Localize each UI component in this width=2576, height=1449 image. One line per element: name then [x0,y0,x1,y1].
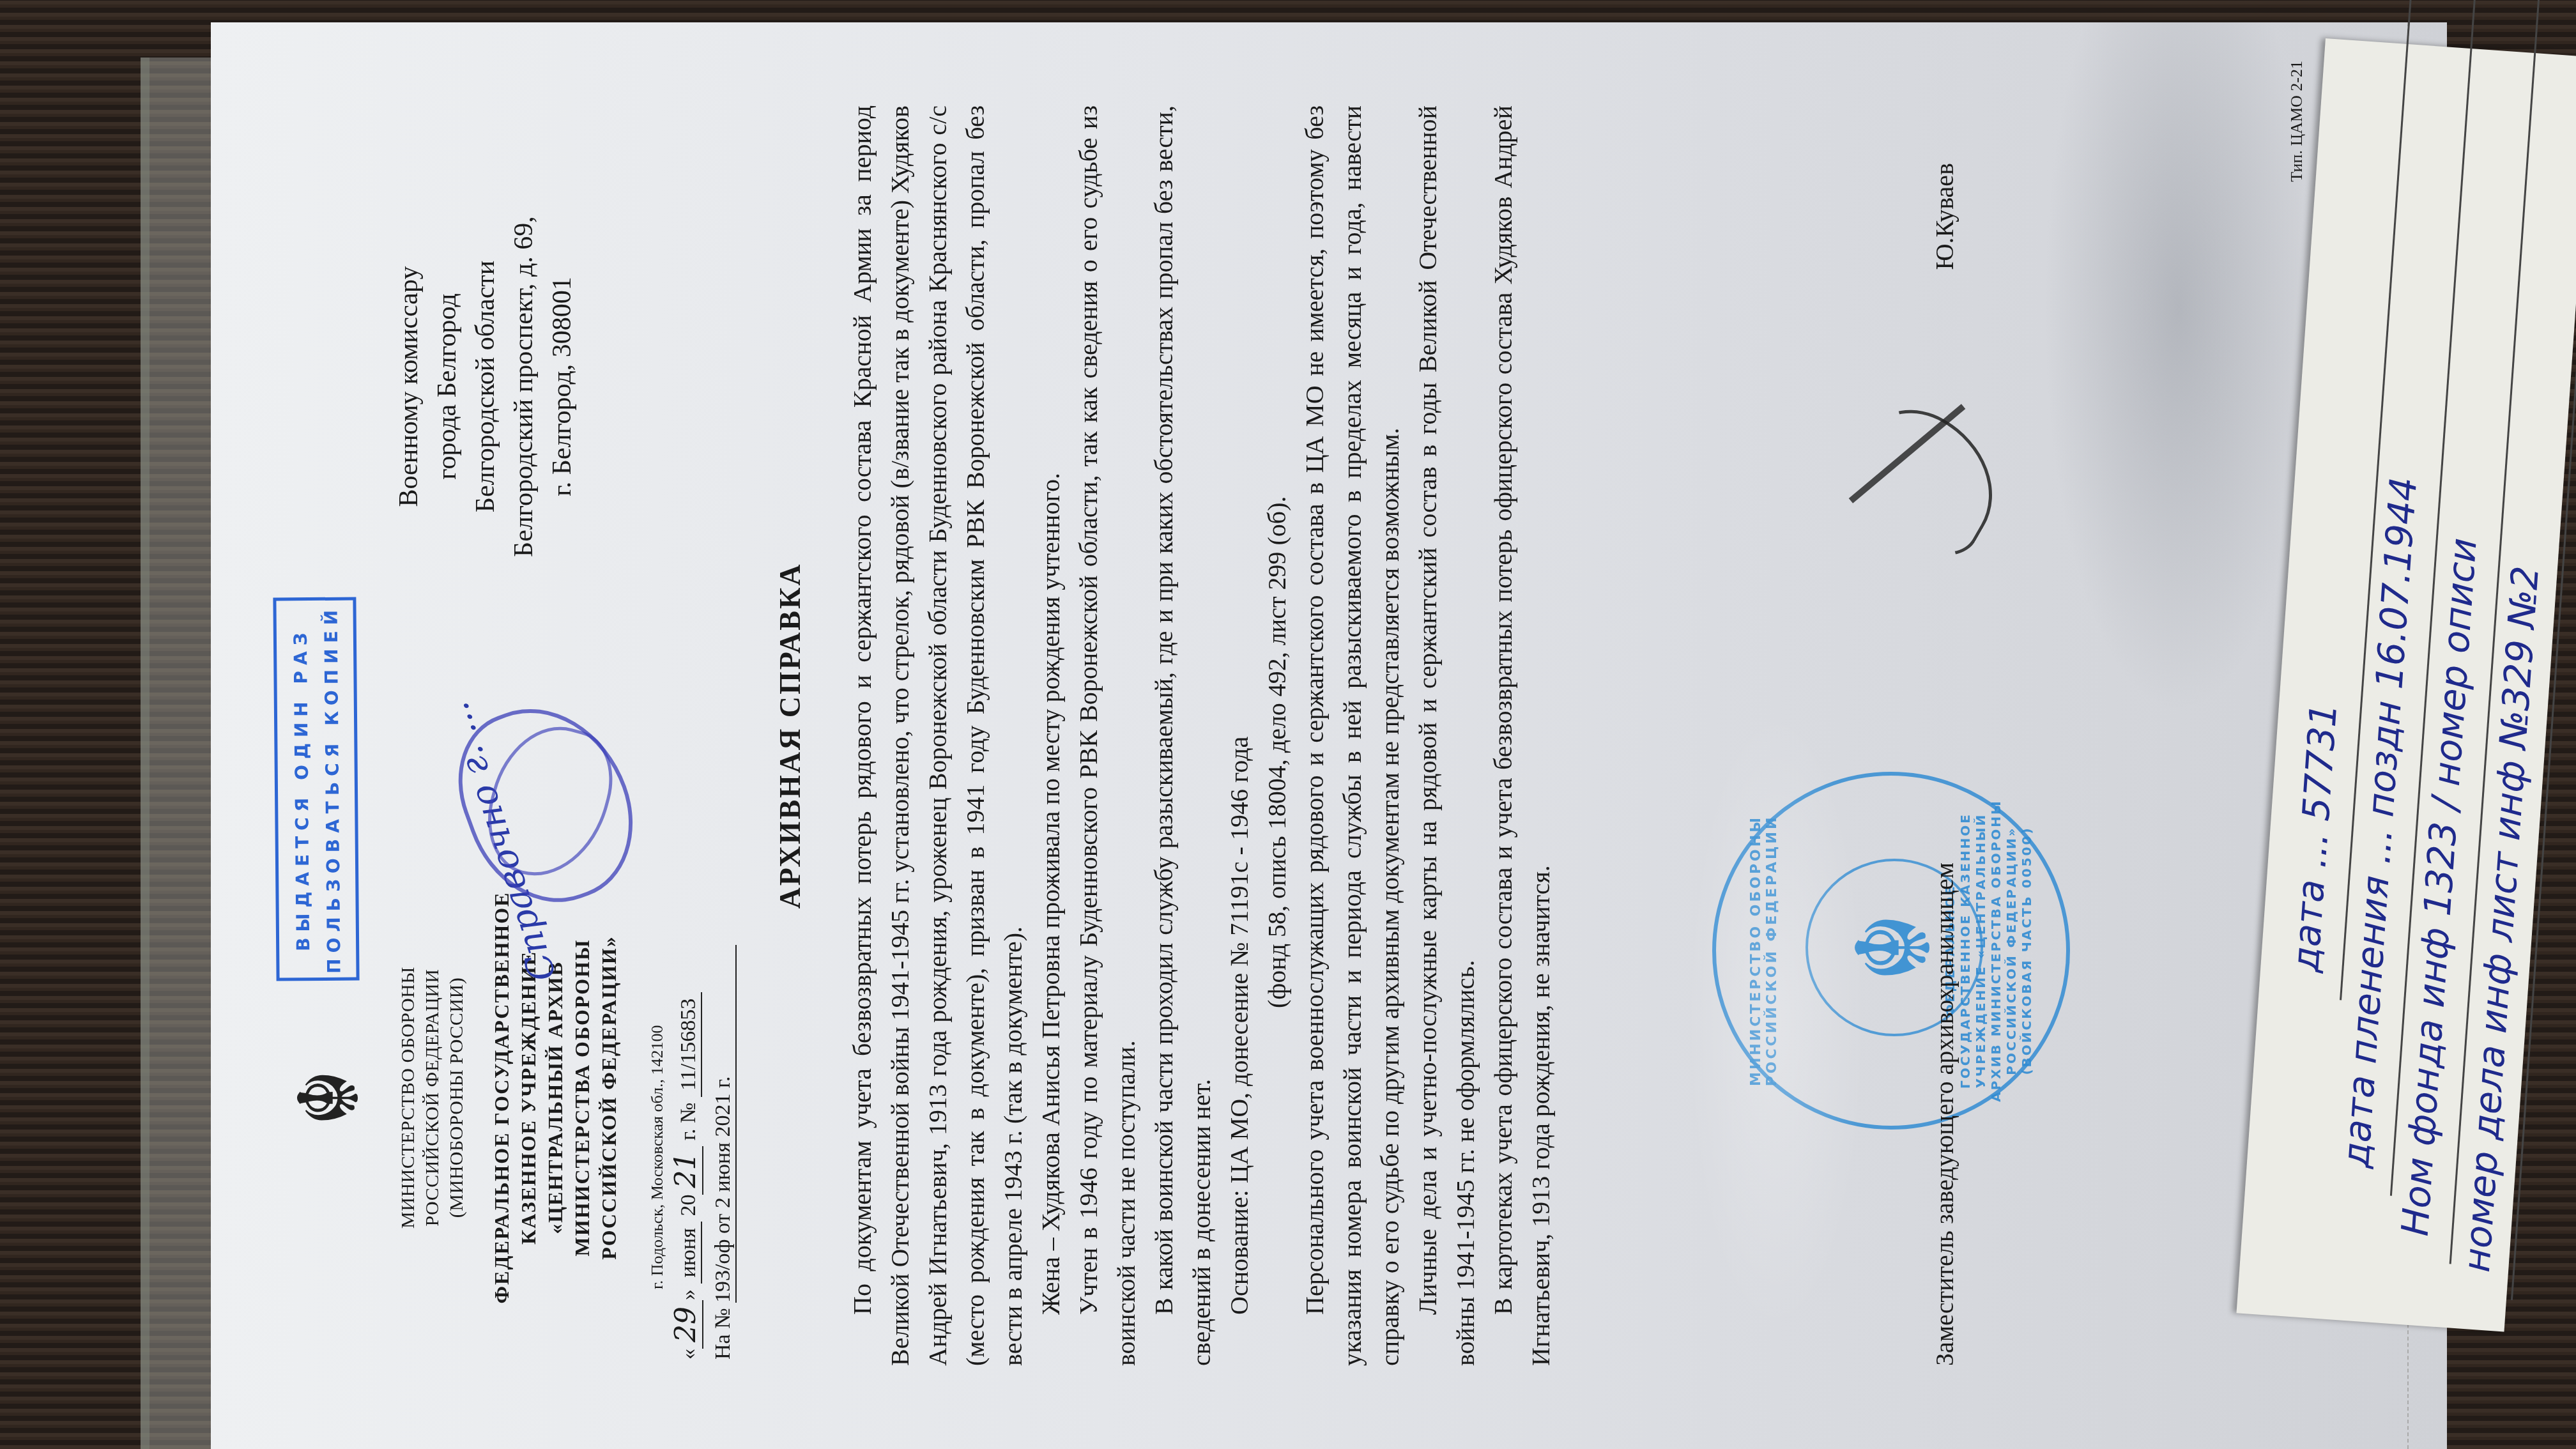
document-title: АРХИВНАЯ СПРАВКА [773,22,807,1449]
signature-icon [1832,390,2020,569]
document-body: По документам учета безвозвратных потерь… [843,105,1560,1366]
paragraph: В картотеках учета офицерского состава и… [1484,105,1560,1366]
paragraph: В какой воинской части проходил службу р… [1145,105,1220,1366]
basis-reference: (фонд 58, опись 18004, дело 492, лист 29… [1258,105,1296,1366]
basis-line: Основание: ЦА МО, донесение № 71191с - 1… [1220,105,1258,1366]
signatory-title: Заместитель заведующего архивохранилищем [1929,862,1959,1366]
handwritten-resolution: Справочно г. ... [454,693,645,987]
date-day: 29 [670,1300,703,1349]
reply-number: 193/оф от 2 июня 2021 г. [711,945,737,1303]
archive-address: г. Подольск, Московская обл., 142100 [648,836,667,1360]
addressee-block: Военному комиссару города Белгород Белго… [390,125,581,648]
outgoing-reference: «29» июня 2021 г. № 11/156853 [670,836,703,1360]
paragraph: Персонального учета военнослужащих рядов… [1296,105,1409,1366]
reply-reference: На № 193/оф от 2 июня 2021 г. [711,836,737,1360]
paragraph: Личные дела и учетно-послужные карты на … [1409,105,1484,1366]
date-month: июня [677,1222,702,1284]
double-headed-eagle-icon: ☬ [281,1050,377,1146]
copy-only-stamp: ВЫДАЕТСЯ ОДИН РАЗ ПОЛЬЗОВАТЬСЯ КОПИЕЙ [273,597,359,981]
date-year: 21 [670,1146,703,1195]
official-round-stamp: МИНИСТЕРСТВО ОБОРОНЫ РОССИЙСКОЙ ФЕДЕРАЦИ… [1712,772,2070,1130]
print-mark: Тип. ЦАМО 2-21 [2287,61,2306,182]
document-photo: ☬ МИНИСТЕРСТВО ОБОРОНЫ РОССИЙСКОЙ ФЕДЕРА… [211,22,2447,1449]
signatory-name: Ю.Куваев [1929,163,1959,270]
paragraph: Учтен в 1946 году по материалу Буденновс… [1069,105,1145,1366]
paragraph: Жена – Худякова Анисья Петровна проживал… [1032,105,1069,1366]
paragraph: По документам учета безвозвратных потерь… [843,105,1032,1366]
archive-certificate-page: ☬ МИНИСТЕРСТВО ОБОРОНЫ РОССИЙСКОЙ ФЕДЕРА… [211,22,2447,1449]
reference-number: 11/156853 [677,992,702,1097]
